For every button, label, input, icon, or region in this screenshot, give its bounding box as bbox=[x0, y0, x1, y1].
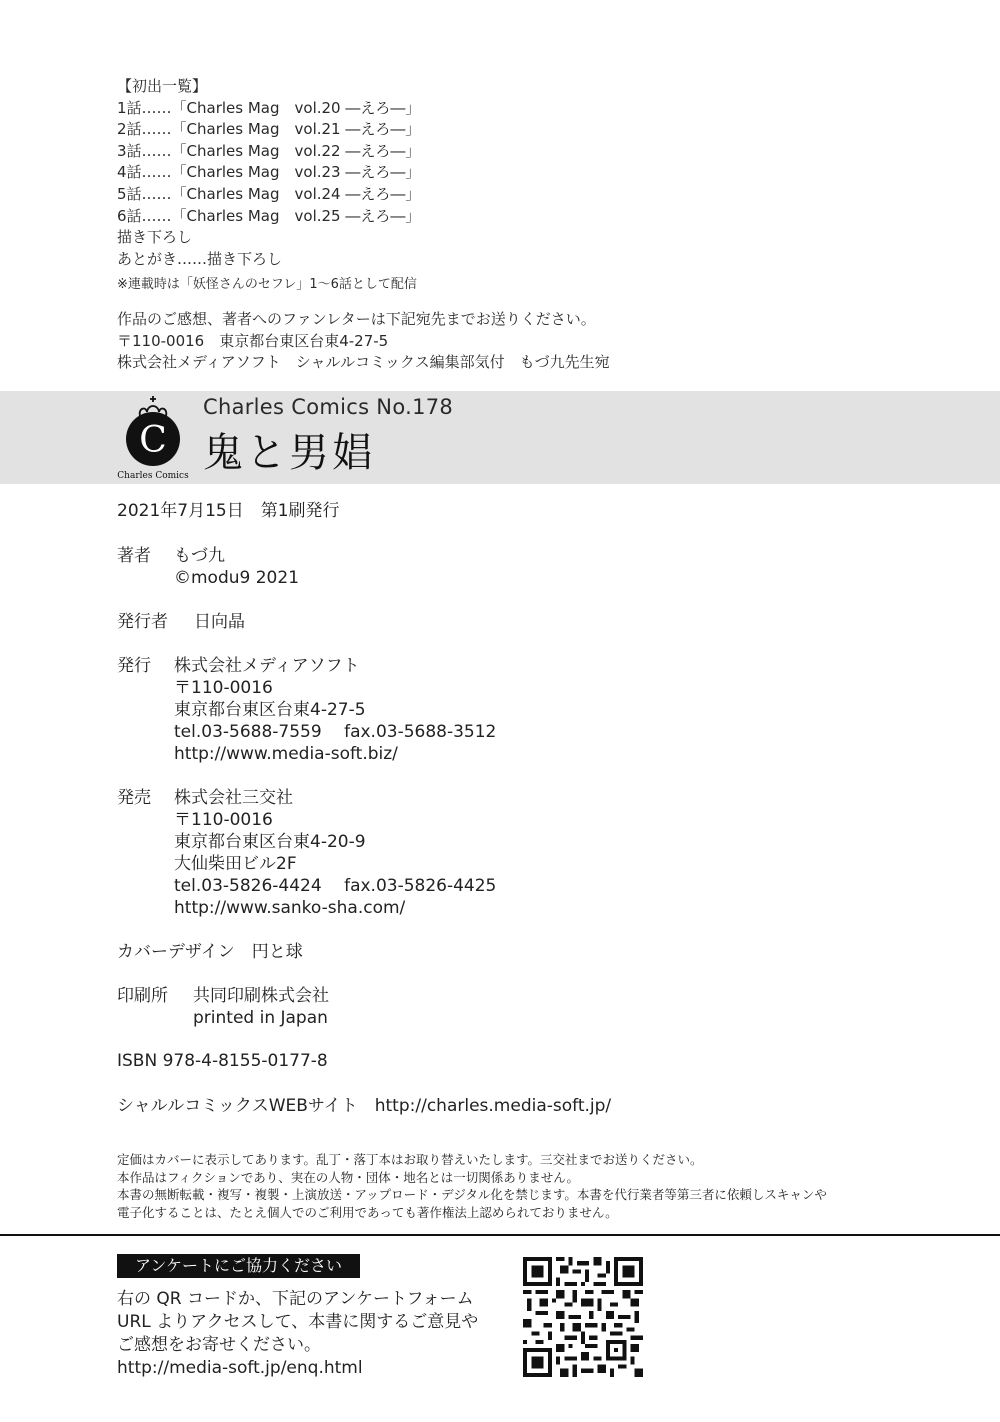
distributor-url[interactable]: http://www.sanko-sha.com/ bbox=[174, 897, 496, 919]
fan-letter-address: 〒110-0016 東京都台東区台東4-27-5 bbox=[117, 331, 610, 353]
publisher-label: 発行 bbox=[117, 655, 151, 677]
list-item: 6話……「Charles Mag vol.25 ―えろ―」 bbox=[117, 206, 420, 228]
list-item: あとがき……描き下ろし bbox=[117, 249, 420, 271]
list-item: 1話……「Charles Mag vol.20 ―えろ―」 bbox=[117, 98, 420, 120]
printer-label: 印刷所 bbox=[117, 985, 168, 1007]
list-item: 4話……「Charles Mag vol.23 ―えろ―」 bbox=[117, 162, 420, 184]
website[interactable]: シャルルコミックスWEBサイト http://charles.media-sof… bbox=[117, 1095, 611, 1117]
publisher-person-name: 日向晶 bbox=[194, 611, 245, 633]
legal-line: 本作品はフィクションであり、実在の人物・団体・地名とは一切関係ありません。 bbox=[117, 1169, 827, 1187]
cover-design: カバーデザイン 円と球 bbox=[117, 941, 303, 963]
legal-line: 定価はカバーに表示してあります。乱丁・落丁本はお取り替えいたします。三交社までお… bbox=[117, 1151, 827, 1169]
survey-label: アンケートにご協力ください bbox=[117, 1254, 360, 1278]
fan-letter-recipient: 株式会社メディアソフト シャルルコミックス編集部気付 もづ九先生宛 bbox=[117, 352, 610, 374]
list-item: 3話……「Charles Mag vol.22 ―えろ―」 bbox=[117, 141, 420, 163]
fan-letter-line: 作品のご感想、著者へのファンレターは下記宛先までお送りください。 bbox=[117, 309, 610, 331]
printer-name: 共同印刷株式会社 bbox=[193, 985, 329, 1007]
distributor-phone: tel.03-5826-4424 fax.03-5826-4425 bbox=[174, 875, 496, 897]
first-appearance-list: 【初出一覧】 1話……「Charles Mag vol.20 ―えろ―」 2話…… bbox=[117, 76, 420, 296]
list-item: 5話……「Charles Mag vol.24 ―えろ―」 bbox=[117, 184, 420, 206]
survey-line: URL よりアクセスして、本書に関するご意見や bbox=[117, 1311, 478, 1334]
author-label: 著者 bbox=[117, 545, 151, 567]
publisher-person-label: 発行者 bbox=[117, 611, 168, 633]
series-number: Charles Comics No.178 bbox=[203, 395, 453, 419]
printed-in: printed in Japan bbox=[193, 1007, 329, 1029]
publisher-name: 株式会社メディアソフト bbox=[174, 655, 496, 677]
issue-date: 2021年7月15日 第1刷発行 bbox=[117, 500, 340, 522]
publisher-url[interactable]: http://www.media-soft.biz/ bbox=[174, 743, 496, 765]
first-appearance-heading: 【初出一覧】 bbox=[117, 76, 420, 98]
isbn: ISBN 978-4-8155-0177-8 bbox=[117, 1050, 328, 1072]
legal-line: 電子化することは、たとえ個人でのご利用であっても著作権法上認められておりません。 bbox=[117, 1204, 827, 1222]
svg-text:Charles Comics: Charles Comics bbox=[117, 471, 189, 481]
distributor-postal: 〒110-0016 bbox=[174, 809, 496, 831]
publisher-address: 東京都台東区台東4-27-5 bbox=[174, 699, 496, 721]
publisher-phone: tel.03-5688-7559 fax.03-5688-3512 bbox=[174, 721, 496, 743]
legal-line: 本書の無断転載・複写・複製・上演放送・アップロード・デジタル化を禁じます。本書を… bbox=[117, 1186, 827, 1204]
distributor-name: 株式会社三交社 bbox=[174, 787, 496, 809]
survey-url[interactable]: http://media-soft.jp/enq.html bbox=[117, 1357, 478, 1380]
author-name: もづ九 bbox=[174, 545, 299, 567]
fan-letter-info: 作品のご感想、著者へのファンレターは下記宛先までお送りください。 〒110-00… bbox=[117, 309, 610, 374]
charles-comics-logo: C Charles Comics bbox=[112, 394, 194, 482]
distributor-building: 大仙柴田ビル2F bbox=[174, 853, 496, 875]
distributor-label: 発売 bbox=[117, 787, 151, 809]
distributor-address: 東京都台東区台東4-20-9 bbox=[174, 831, 496, 853]
copyright: ©modu9 2021 bbox=[174, 567, 299, 589]
divider bbox=[0, 1234, 1000, 1236]
list-item: 描き下ろし bbox=[117, 227, 420, 249]
list-item: 2話……「Charles Mag vol.21 ―えろ―」 bbox=[117, 119, 420, 141]
survey-line: 右の QR コードか、下記のアンケートフォーム bbox=[117, 1288, 478, 1311]
survey-line: ご感想をお寄せください。 bbox=[117, 1334, 478, 1357]
book-title: 鬼と男娼 bbox=[203, 428, 375, 478]
survey-text: 右の QR コードか、下記のアンケートフォーム URL よりアクセスして、本書に… bbox=[117, 1288, 478, 1380]
svg-text:C: C bbox=[139, 420, 167, 461]
legal-notice: 定価はカバーに表示してあります。乱丁・落丁本はお取り替えいたします。三交社までお… bbox=[117, 1151, 827, 1221]
serialization-note: ※連載時は「妖怪さんのセフレ」1～6話として配信 bbox=[117, 274, 420, 296]
publisher-postal: 〒110-0016 bbox=[174, 677, 496, 699]
qr-code-icon[interactable] bbox=[523, 1257, 643, 1377]
